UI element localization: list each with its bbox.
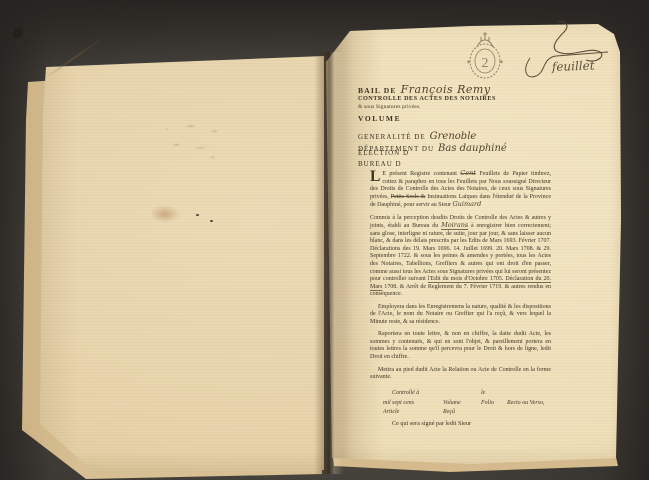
form-folio-label: Folio — [481, 400, 494, 406]
form-le-label: le — [481, 390, 485, 396]
controlle-line: CONTROLLE DES ACTES DES NOTAIRES — [358, 95, 496, 102]
ink-speck — [196, 214, 199, 216]
printed-body-text: LE présent Registre contenant Cent Feuil… — [370, 170, 551, 387]
paragraph-5: Mettra au pied dudit Acte la Relation ou… — [370, 367, 551, 382]
paragraph-2: Commis à la perception desdits Droits de… — [370, 215, 551, 299]
form-recto-label: Recto ou Verso, — [507, 400, 545, 406]
drop-cap: L — [370, 170, 382, 183]
svg-text:✶: ✶ — [499, 59, 504, 66]
paper-stain — [150, 205, 180, 223]
form-controle-label: Controllé à — [392, 390, 419, 396]
show-through-smudge — [148, 120, 243, 182]
form-article-label: Article — [383, 409, 399, 415]
book-gutter — [314, 52, 344, 474]
ink-blot — [11, 26, 24, 40]
photographed-register: 2 ✶ ✶ feuillet BAIL DE François Remy CON… — [0, 0, 649, 480]
contenant-handwritten: Cent — [460, 169, 476, 177]
svg-text:2: 2 — [482, 56, 489, 71]
signatures-line: & sous Signatures privées. — [358, 104, 421, 110]
form-mil-label: mil sept cens — [383, 400, 414, 406]
bureau-label: BUREAU D — [358, 160, 402, 168]
paragraph-4: Raportera en toute lettre, & non en chif… — [370, 331, 551, 361]
election-label: ÉLECTION D — [358, 149, 409, 157]
ink-speck — [210, 220, 213, 222]
paragraph-1: LE présent Registre contenant Cent Feuil… — [370, 170, 551, 210]
form-volume-label: Volume — [443, 400, 461, 406]
svg-text:feuillet: feuillet — [551, 59, 595, 75]
bureau-handwritten: Moirans — [441, 221, 468, 230]
struck-phrase: Petits-Scels & — [391, 194, 426, 200]
closing-line: Ce qui sera signé par ledit Sieur — [392, 420, 471, 427]
bail-label: BAIL DE — [358, 86, 397, 95]
tax-stamp-icon: 2 ✶ ✶ — [457, 27, 513, 87]
svg-text:✶: ✶ — [466, 59, 471, 66]
departement-handwritten: Bas dauphiné — [438, 143, 507, 154]
sieur-handwritten: Guimard — [452, 200, 481, 208]
flourish-signature: feuillet — [512, 18, 634, 88]
form-recu-label: Reçû — [443, 409, 455, 415]
paragraph-3: Employera dans les Enregistremens la nat… — [370, 304, 551, 327]
page-corner-crease — [43, 36, 105, 80]
volume-label: VOLUME — [358, 114, 401, 123]
ink-speck — [24, 42, 27, 44]
